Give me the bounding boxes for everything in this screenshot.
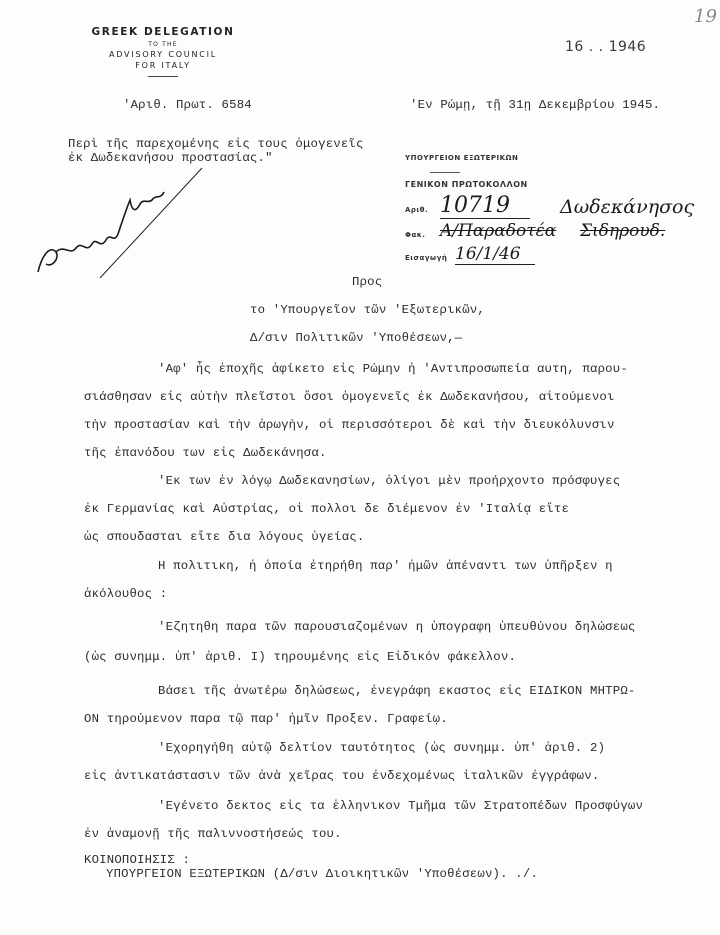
addressee-pros: Προς — [352, 275, 382, 289]
body-line: εἰς ἀντικατάστασιν τῶν ἀνὰ χεῖρας του ἐν… — [84, 769, 599, 783]
place-date: 'Εν Ρώμῃ, τῇ 31ῃ Δεκεμβρίου 1945. — [410, 98, 660, 112]
letterhead-rule — [148, 76, 178, 77]
body-line: σιάσθησαν εἰς αὐτὴν πλεῖστοι ὅσοι ὁμογεν… — [84, 390, 615, 404]
registry-number-label: Αριθ. — [405, 206, 428, 214]
registry-ministry: ΥΠΟΥΡΓΕΙΟΝ ΕΞΩΤΕΡΙΚΩΝ — [405, 154, 518, 162]
letterhead-line3: ADVISORY COUNCIL — [68, 50, 258, 59]
body-line: ὡς σπουδασται εἴτε δια λόγους ὑγείας. — [84, 530, 364, 544]
body-line: τῆς ἐπανόδου των εἰς Δωδεκάνησα. — [84, 446, 327, 460]
body-line: ἐκ Γερμανίας καὶ Αὐστρίας, οἱ πολλοι δε … — [84, 502, 569, 516]
body-line: 'Αφ' ἧς ἐποχῆς ἀφίκετο εἰς Ρώμην ἡ 'Αντι… — [158, 362, 628, 376]
body-line: τὴν προστασίαν καὶ τὴν ἀρωγὴν, οἱ περισσ… — [84, 418, 615, 432]
letterhead-title: GREEK DELEGATION — [68, 26, 258, 38]
body-line: ἐν ἀναμονῇ τῆς παλιννοστήσεώς του. — [84, 827, 342, 841]
registry-rule — [430, 172, 460, 173]
body-line: Βάσει τῆς ἀνωτέρω δηλώσεως, ἐνεγράφη εκα… — [158, 684, 636, 698]
page-number-handwritten: 19 — [694, 6, 717, 27]
body-line: 'Εχορηγήθη αὐτῷ δελτίον ταυτότητος (ὡς σ… — [158, 741, 605, 755]
body-line: ἀκόλουθος : — [84, 587, 167, 601]
signature-mark — [30, 160, 220, 280]
registry-handwritten-note-2: Σιδηρουδ. — [580, 221, 665, 241]
registry-folder-label: Φακ. — [405, 231, 425, 239]
body-line: (ὡς συνημμ. ὑπ' ἀριθ. I) τηρουμένης εἰς … — [84, 650, 516, 664]
letterhead-line2: TO THE — [68, 41, 258, 48]
letterhead-line4: FOR ITALY — [68, 61, 258, 70]
addressee-line-2: Δ/σιν Πολιτικῶν 'Υποθέσεων,— — [250, 331, 462, 345]
subject-line-1: Περὶ τῆς παρεχομένης εἰς τους ὁμογενεῖς — [68, 137, 364, 151]
registry-number-value: 10719 — [440, 193, 530, 219]
registry-date-label: Εισαγωγή — [405, 254, 447, 262]
body-line: ΟΝ τηρούμενον παρα τῷ παρ' ἡμῖν Προξεν. … — [84, 712, 448, 726]
registry-date-value: 16/1/46 — [455, 244, 535, 265]
addressee-line-1: το 'Υπουργεῖον τῶν 'Εξωτερικῶν, — [250, 303, 485, 317]
body-line: Η πολιτικη, ἡ ὁποία ἐτηρήθη παρ' ἡμῶν ἀπ… — [158, 559, 613, 573]
protocol-number: 'Αριθ. Πρωτ. 6584 — [123, 98, 252, 112]
registry-handwritten-note-1: Δωδεκάνησος — [560, 196, 694, 218]
cc-line: ΥΠΟΥΡΓΕΙΟΝ ΕΞΩΤΕΡΙΚΩΝ (Δ/σιν Διοικητικῶν… — [106, 867, 538, 881]
cc-label: ΚΟΙΝΟΠΟΙΗΣΙΣ : — [84, 853, 190, 867]
body-line: 'Εζητηθη παρα τῶν παρουσιαζομένων η ὑπογ… — [158, 620, 636, 634]
registry-folder-value: Α/Παραδοτέα — [440, 221, 556, 241]
received-date-stamp: 16 . . 1946 — [565, 39, 646, 55]
body-line: 'Εκ των ἐν λόγῳ Δωδεκανησίων, ὀλίγοι μὲν… — [158, 474, 620, 488]
body-line: 'Εγένετο δεκτος εἰς τα ἑλληνικον Τμῆμα τ… — [158, 799, 643, 813]
registry-office: ΓΕΝΙΚΟΝ ΠΡΩΤΟΚΟΛΛΟΝ — [405, 180, 528, 189]
